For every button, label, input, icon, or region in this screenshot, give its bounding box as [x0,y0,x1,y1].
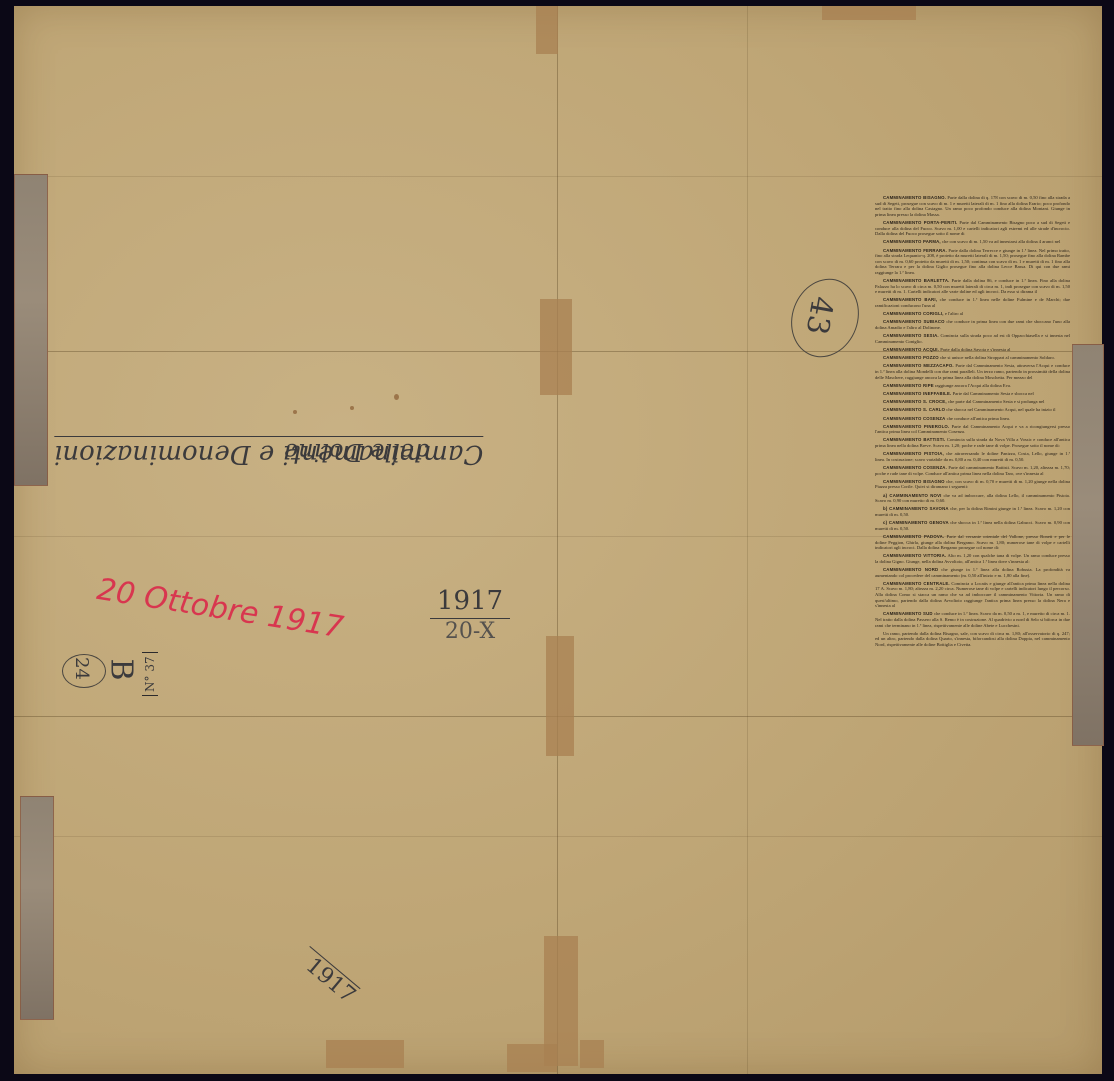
entry-text: Un ramo, partendo dalla dolina Bisagno, … [875,631,1070,647]
entry-name: CAMMINAMENTO PORTA-PERITI. [883,220,958,225]
legend-entry: CAMMINAMENTO VITTORIA. Alto m. 1,20 con … [875,553,1070,564]
entry-name: b) CAMMINAMENTO SAVONA [883,506,949,511]
fold-line-vertical [557,6,558,1074]
repair-tape [580,1040,604,1068]
legend-entry: CAMMINAMENTO COSENZA. Parte dal camminam… [875,465,1070,476]
legend-entry: CAMMINAMENTO MEZZACAPO. Parte dal Cammin… [875,363,1070,380]
entry-text: che si unisce nella dolina Stroppari al … [940,355,1055,360]
entry-name: CAMMINAMENTO SESIA. [883,333,939,338]
stain [350,406,354,410]
entry-name: CAMMINAMENTO POZZO [883,355,939,360]
entry-name: CAMMINAMENTO INEFFABILE. [883,391,951,396]
entry-name: CAMMINAMENTO S. CROCE, [883,399,947,404]
entry-text: Parte dal Camminamento Sesia e sbocca ne… [953,391,1034,396]
repair-tape [326,1040,404,1068]
legend-entry: CAMMINAMENTO POZZO che si unisce nella d… [875,355,1070,361]
legend-entry: CAMMINAMENTO BISAGNO. Parte dalla dolina… [875,195,1070,217]
archive-number-boxed: N° 37 [142,652,158,696]
legend-entry: CAMMINAMENTO SESIA. Comincia sulla strad… [875,333,1070,344]
legend-entry: CAMMINAMENTO CENTRALE. Comincia a Locati… [875,581,1070,609]
entry-name: CAMMINAMENTO NORD [883,567,938,572]
entry-text: che parte dal Camminamento Sesia e si pr… [948,399,1044,404]
entry-name: CAMMINAMENTO BARI, [883,297,937,302]
entry-name: CAMMINAMENTO SUD [883,611,933,616]
entry-name: CAMMINAMENTO COSENZA. [883,465,947,470]
printed-legend-camminamenti: CAMMINAMENTO BISAGNO. Parte dalla dolina… [875,195,1070,650]
handwritten-subtitle: delle Doline [284,438,429,466]
legend-entry: Un ramo, partendo dalla dolina Bisagno, … [875,631,1070,648]
legend-entry: CAMMINAMENTO NORD che giunge in 1.ª line… [875,567,1070,578]
entry-name: CAMMINAMENTO RIPE [883,383,934,388]
repair-tape [822,6,916,20]
entry-name: CAMMINAMENTO VITTORIA. [883,553,946,558]
entry-name: c) CAMMINAMENTO GENOVA [883,520,949,525]
legend-entry: CAMMINAMENTO BARI, che conduce in 1.ª li… [875,297,1070,308]
entry-name: CAMMINAMENTO PISTOIA, [883,451,944,456]
legend-entry: CAMMINAMENTO SUD che conduce in 1.ª line… [875,611,1070,628]
entry-name: CAMMINAMENTO SUBIACO [883,319,945,324]
legend-entry: c) CAMMINAMENTO GENOVA che sbocca in 1.ª… [875,520,1070,531]
archive-letter: B [104,658,139,680]
legend-entry: CAMMINAMENTO FERRARA. Parte dalla dolina… [875,248,1070,276]
entry-name: CAMMINAMENTO COSENZA [883,416,945,421]
repair-tape-right-edge [1072,344,1104,746]
entry-text: che con scavo di m. 1,50 va ad innestars… [942,239,1060,244]
entry-name: CAMMINAMENTO PARMA, [883,239,941,244]
entry-text: e l'altro al [945,311,963,316]
archive-number-text: N° 37 [143,656,157,692]
repair-tape [507,1044,557,1072]
legend-entry: CAMMINAMENTO S. CROCE, che parte dal Cam… [875,399,1070,405]
legend-entry: CAMMINAMENTO BISAGNO che, con scavo di m… [875,479,1070,490]
legend-entry: CAMMINAMENTO ACQUI. Parte dalla dolina S… [875,347,1070,353]
entry-text: raggiunge ancora l'Acqui alla dolina Eva… [935,383,1011,388]
circled-archive-text: 24 [71,657,92,680]
legend-entry: CAMMINAMENTO SUBIACO che conduce in prim… [875,319,1070,330]
legend-entry: CAMMINAMENTO PISTOIA, che attraversando … [875,451,1070,462]
repair-tape [536,6,558,54]
entry-name: CAMMINAMENTO PADOVA. [883,534,944,539]
fold-line-horizontal [14,176,1102,177]
entry-name: CAMMINAMENTO MEZZACAPO. [883,363,954,368]
legend-entry: CAMMINAMENTO PARMA, che con scavo di m. … [875,239,1070,245]
handwritten-title-line2: delle Doline [284,438,429,466]
legend-entry: CAMMINAMENTO INEFFABILE. Parte dal Cammi… [875,391,1070,397]
repair-tape [540,299,572,395]
pencil-date-fraction: 1917 20-X [430,586,510,644]
entry-name: CAMMINAMENTO PINEROLO. [883,424,949,429]
circled-mark-text: 43 [799,294,840,338]
entry-name: CAMMINAMENTO CENTRALE. [883,581,950,586]
legend-entry: CAMMINAMENTO PINEROLO. Parte dal Cammina… [875,424,1070,435]
entry-name: a) CAMMINAMENTO NOVI [883,493,942,498]
legend-entry: CAMMINAMENTO BARLETTA. Parte dalla dolin… [875,278,1070,295]
entry-text: che sbocca nel Camminamento Acqui, nel q… [946,407,1055,412]
entry-name: CAMMINAMENTO FERRARA. [883,248,947,253]
entry-name: CAMMINAMENTO BATTISTI. [883,437,945,442]
legend-entry: b) CAMMINAMENTO SAVONA che, per la dolin… [875,506,1070,517]
legend-entry: CAMMINAMENTO COSENZA che conduce all'ant… [875,416,1070,422]
repair-tape-left-edge [14,174,48,486]
fold-line-vertical [747,6,748,1074]
legend-entry: CAMMINAMENTO BATTISTI. Comincia sulla st… [875,437,1070,448]
stain [394,394,399,400]
repair-tape [546,636,574,756]
entry-text: Parte dalla dolina Savoia e s'innesta al [940,347,1010,352]
entry-name: CAMMINAMENTO BISAGNO. [883,195,946,200]
entry-name: CAMMINAMENTO BARLETTA. [883,278,950,283]
entry-name: CAMMINAMENTO ACQUI. [883,347,939,352]
repair-tape-left-edge [20,796,54,1020]
entry-name: CAMMINAMENTO BISAGNO [883,479,945,484]
pencil-day: 20-X [430,619,510,644]
legend-entry: CAMMINAMENTO PADOVA. Parte dal versante … [875,534,1070,551]
legend-entry: CAMMINAMENTO RIPE raggiunge ancora l'Acq… [875,383,1070,389]
entry-name: CAMMINAMENTO CORIGLI, [883,311,944,316]
bottom-pencil-year: 1917 [293,946,360,1008]
legend-entry: a) CAMMINAMENTO NOVI che va ad imboccare… [875,493,1070,504]
pencil-year: 1917 [430,586,510,619]
stain [293,410,297,414]
fold-line-horizontal [14,836,1102,837]
entry-text: che conduce all'antica prima linea. [947,416,1010,421]
bottom-pencil-year-text: 1917 [301,953,360,1008]
legend-entry: CAMMINAMENTO PORTA-PERITI. Parte dal Cam… [875,220,1070,237]
entry-name: CAMMINAMENTO S. CARLO [883,407,945,412]
red-pencil-date: 20 Ottobre 1917 [95,572,346,646]
legend-entry: CAMMINAMENTO S. CARLO che sbocca nel Cam… [875,407,1070,413]
red-pencil-date-text: 20 Ottobre 1917 [95,572,346,646]
legend-entry: CAMMINAMENTO CORIGLI, e l'altro al [875,311,1070,317]
